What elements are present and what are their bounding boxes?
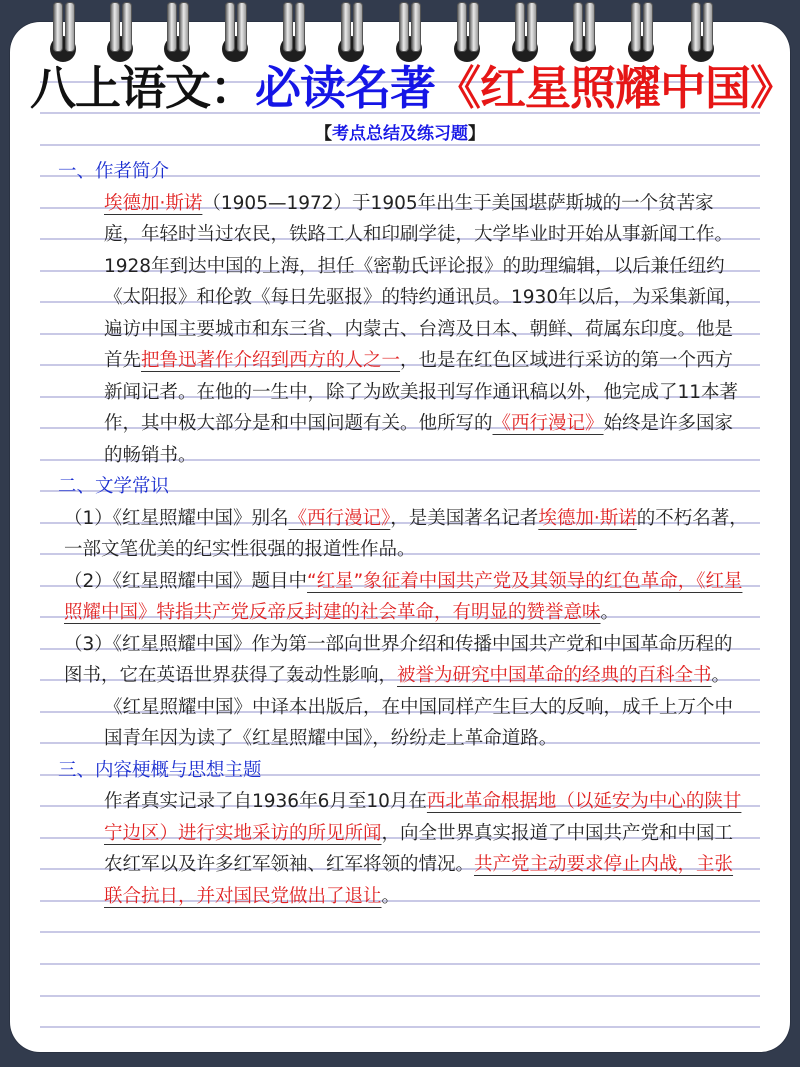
title-grade: 八上语文： — [30, 61, 255, 115]
ring-icon — [450, 0, 484, 62]
ring-icon — [276, 0, 310, 62]
paragraph: （1）《红星照耀中国》别名《西行漫记》，是美国著名记者埃德加·斯诺的不朽名著，一… — [58, 503, 748, 566]
paragraph: 《红星照耀中国》中译本出版后，在中国同样产生巨大的反响，成千上万个中国青年因为读… — [58, 692, 748, 755]
ring-icon — [508, 0, 542, 62]
page-subtitle: 【考点总结及练习题】 — [0, 120, 800, 148]
ring-icon — [392, 0, 426, 62]
ring-icon — [218, 0, 252, 62]
ring-icon — [334, 0, 368, 62]
title-book: 《红星照耀中国》 — [435, 61, 795, 115]
paragraph: （3）《红星照耀中国》作为第一部向世界介绍和传播中国共产党和中国革命历程的图书，… — [58, 629, 748, 692]
ring-icon — [566, 0, 600, 62]
ring-icon — [684, 0, 718, 62]
section-heading-summary: 三、内容梗概与思想主题 — [58, 755, 748, 787]
paragraph: 作者真实记录了自1936年6月至10月在西北革命根据地（以延安为中心的陕甘宁边区… — [58, 786, 748, 912]
section-heading-author: 一、作者简介 — [58, 156, 748, 188]
title-label: 必读名著 — [255, 61, 435, 115]
ring-icon — [160, 0, 194, 62]
ring-icon — [46, 0, 80, 62]
paragraph: （2）《红星照耀中国》题目中“红星”象征着中国共产党及其领导的红色革命，《红星照… — [58, 566, 748, 629]
ring-icon — [624, 0, 658, 62]
notes-content: 一、作者简介 埃德加·斯诺（1905—1972）于1905年出生于美国堪萨斯城的… — [58, 156, 748, 912]
subtitle-text: 考点总结及练习题 — [332, 124, 468, 144]
paragraph: 埃德加·斯诺（1905—1972）于1905年出生于美国堪萨斯城的一个贫苦家庭，… — [58, 188, 748, 472]
section-heading-literature: 二、文学常识 — [58, 471, 748, 503]
ring-icon — [103, 0, 137, 62]
page-title: 八上语文：必读名著《红星照耀中国》 — [30, 60, 770, 116]
